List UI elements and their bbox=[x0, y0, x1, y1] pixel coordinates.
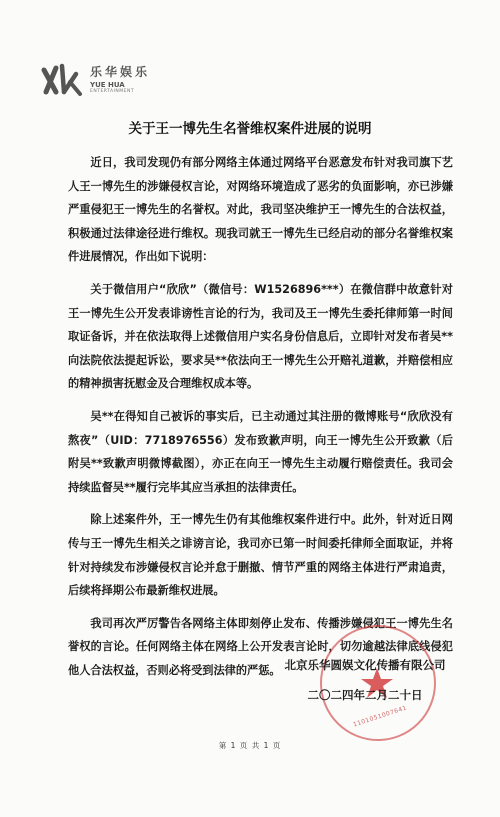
company-logo: 乐华娱乐 YUE HUA ENTERTAINMENT bbox=[40, 62, 150, 98]
logo-chinese-name: 乐华娱乐 bbox=[90, 66, 150, 79]
signature-date: 二〇二四年二月二十日 bbox=[280, 687, 450, 703]
paragraph-other-cases: 除上述案件外，王一博先生仍有其他维权案件进行中。此外，针对近日网传与王一博先生相… bbox=[68, 508, 453, 602]
paragraph-apology: 吴**在得知自己被诉的事实后，已主动通过其注册的微博账号“欣欣没有熬夜”（UID… bbox=[68, 405, 453, 499]
document-body: 近日，我司发现仍有部分网络主体通过网络平台恶意发布针对我司旗下艺人王一博先生的涉… bbox=[68, 151, 453, 691]
logo-english-name: YUE HUA bbox=[90, 81, 150, 89]
logo-subtitle: ENTERTAINMENT bbox=[90, 89, 150, 95]
signature-block: 北京乐华圆娱文化传播有限公司 二〇二四年二月二十日 bbox=[280, 657, 450, 703]
document-title: 关于王一博先生名誉维权案件进展的说明 bbox=[0, 117, 500, 137]
yuehua-logo-icon bbox=[40, 62, 84, 98]
paragraph-intro: 近日，我司发现仍有部分网络主体通过网络平台恶意发布针对我司旗下艺人王一博先生的涉… bbox=[68, 151, 453, 269]
signature-company: 北京乐华圆娱文化传播有限公司 bbox=[280, 657, 450, 673]
document-page: 乐华娱乐 YUE HUA ENTERTAINMENT 关于王一博先生名誉维权案件… bbox=[0, 0, 500, 817]
paragraph-wechat-case: 关于微信用户“欣欣”（微信号：W1526896***）在微信群中故意针对王一博先… bbox=[68, 278, 453, 396]
page-footer: 第 1 页 共 1 页 bbox=[0, 740, 500, 751]
seal-code: 1101051007641 bbox=[352, 704, 408, 728]
